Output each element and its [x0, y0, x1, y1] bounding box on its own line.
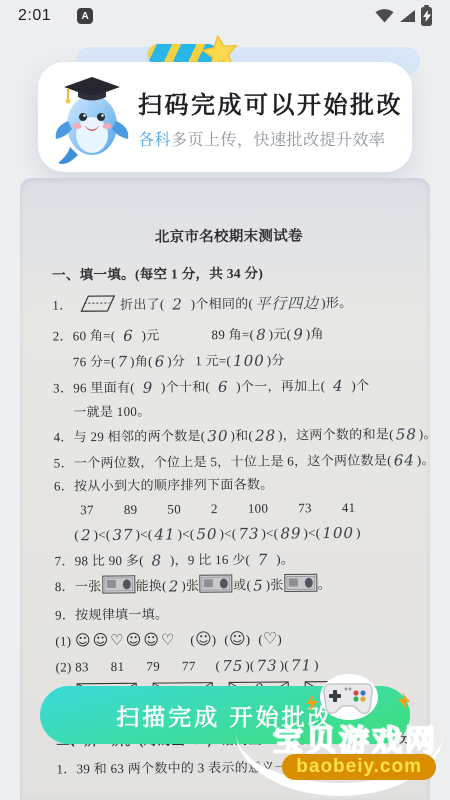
paper-line: 37895021007341: [54, 499, 408, 518]
printed-text: 或(: [233, 578, 251, 593]
printed-text: 77: [182, 658, 196, 673]
handwritten-answer: 6: [115, 327, 141, 345]
printed-text: )个相同的(: [191, 296, 254, 312]
paper-line: 4．与 29 相邻的两个数是(30)和(28)，这两个数的和是(58)。: [53, 424, 407, 446]
printed-text: 89: [124, 501, 138, 516]
printed-text: )元(: [269, 327, 292, 342]
notification-app-icon: A: [77, 8, 93, 24]
status-bar: 2:01 A: [0, 0, 450, 32]
printed-text: )<(: [261, 525, 278, 540]
printed-text: 8．一张: [55, 579, 102, 594]
printed-text: )。: [276, 551, 294, 566]
printed-text: 1．39 和 63 两个数中的 3 表示的意义一样。: [56, 759, 314, 776]
handwritten-answer: 9: [135, 378, 161, 396]
banknote-icon: [102, 582, 136, 597]
printed-text: 50: [167, 501, 181, 516]
wifi-icon: [375, 9, 394, 23]
printed-text: 2: [211, 501, 218, 516]
handwritten-answer: 28: [253, 426, 278, 444]
printed-text: ): [212, 632, 217, 647]
handwritten-answer: 4: [325, 377, 351, 395]
handwritten-answer: 50: [194, 525, 219, 543]
smiley-icon: ☺: [229, 629, 246, 648]
handwritten-answer: 8: [144, 551, 170, 569]
handwritten-answer: 37: [110, 526, 135, 544]
dolphin-mascot: [48, 69, 136, 169]
printed-text: )角(: [130, 354, 153, 369]
printed-text: 76 分=(: [73, 354, 116, 369]
paper-line: 一就是 100。: [53, 401, 407, 420]
printed-text: 折出了(: [116, 297, 164, 312]
app-screen: 2:01 A: [0, 0, 450, 800]
paper-line: 北京市名校期末测试卷: [52, 226, 406, 247]
banner-subtitle: 各科多页上传，快速批改提升效率: [138, 127, 403, 150]
banknote-icon: [284, 580, 318, 595]
handwritten-answer: ×: [369, 757, 387, 775]
handwritten-answer: 71: [289, 656, 314, 674]
printed-text: )个: [351, 377, 369, 392]
handwritten-answer: 8: [254, 326, 269, 344]
paper-line: 1．39 和 63 两个数中的 3 表示的意义一样。( × ): [56, 756, 410, 778]
printed-text: 一、填一填。(每空 1 分，共 34 分): [52, 266, 263, 283]
paper-line: 1． 折出了( 2 )个相同的(平行四边)形。: [52, 290, 406, 319]
printed-text: 3．96 里面有(: [53, 380, 135, 396]
handwritten-answer: 100: [320, 524, 356, 542]
handwritten-answer: 6: [153, 352, 168, 370]
printed-text: ): [277, 631, 282, 646]
heart-icon: ♡: [110, 631, 126, 649]
smiley-icon: ☺: [143, 630, 161, 648]
printed-text: )形。: [321, 295, 352, 310]
paper-line: (2)<(37)<(41)<(50)<(73)<(89)<(100): [54, 522, 408, 544]
printed-text: 能换(: [135, 578, 166, 593]
printed-text: 1．: [52, 297, 72, 312]
smiley-icon: ☺: [195, 629, 212, 648]
printed-text: 81: [111, 659, 125, 674]
printed-text: 37: [80, 502, 94, 517]
printed-text: )，这两个数的和是(: [278, 426, 394, 442]
handwritten-answer: 2: [165, 295, 191, 313]
graduation-cap-icon: [64, 77, 120, 97]
battery-charging-icon: [421, 7, 432, 26]
handwritten-answer: 7: [250, 550, 276, 568]
banner-title: 扫码完成可以开始批改: [138, 85, 403, 120]
printed-text: )分: [167, 353, 185, 368]
printed-text: )和(: [230, 428, 253, 443]
printed-text: 北京市名校期末测试卷: [155, 228, 303, 245]
printed-text: )分: [267, 352, 285, 367]
handwritten-answer: 9: [291, 326, 306, 344]
printed-text: )个十和(: [161, 379, 210, 394]
printed-text: 89 角=(: [211, 327, 254, 342]
printed-text: )<(: [177, 526, 194, 541]
printed-text: ): [314, 657, 319, 672]
printed-text: 1 元=(: [195, 353, 231, 368]
smiley-icon: ☺: [92, 631, 110, 649]
printed-text: )个一，再加上(: [236, 378, 325, 394]
cellular-signal-icon: [400, 10, 415, 22]
paper-line: (2) 83817977(75)(73)(71): [55, 654, 409, 676]
printed-text: 7．98 比 90 多(: [55, 552, 144, 568]
paper-line: 9．按规律填一填。: [55, 604, 409, 623]
printed-text: )张: [266, 577, 284, 592]
parallelogram-icon: [72, 302, 116, 317]
printed-text: )张: [181, 578, 199, 593]
handwritten-answer: 5: [251, 577, 266, 595]
printed-text: 一就是 100。: [73, 403, 150, 419]
paper-line: 7．98 比 90 多( 8 )，9 比 16 少( 7 )。: [55, 548, 409, 570]
handwritten-answer: 6: [210, 378, 236, 396]
banner-text-block: 扫码完成可以开始批改 各科多页上传，快速批改提升效率: [136, 85, 403, 150]
handwritten-answer: 64: [392, 451, 417, 469]
printed-text: )。: [419, 426, 437, 441]
printed-text: 9．按规律填一填。: [55, 606, 168, 622]
mascot-tail: [58, 147, 78, 164]
finish-scan-start-grading-button[interactable]: 扫描完成 开始批改: [40, 686, 410, 744]
paper-line: (1) ☺☺♡☺☺♡(☺)(☺)(♡): [55, 627, 409, 650]
paper-line: 76 分=(7)角(6)分1 元=(100)分: [53, 349, 407, 371]
printed-text: )，9 比 16 少(: [170, 551, 250, 567]
smiley-icon: ☺: [126, 630, 144, 648]
printed-text: )。: [417, 452, 435, 467]
handwritten-answer: 75: [220, 657, 245, 675]
printed-text: 100: [248, 500, 269, 515]
printed-text: )<(: [135, 526, 152, 541]
printed-text: 。: [318, 577, 331, 592]
printed-text: (1): [55, 633, 75, 648]
printed-text: )<(: [94, 527, 111, 542]
printed-text: ): [356, 525, 361, 540]
printed-text: 73: [298, 500, 312, 515]
banner-subtitle-highlight: 各科: [138, 132, 171, 149]
banner-subtitle-rest: 多页上传，快速批改提升效率: [171, 132, 386, 149]
printed-text: )<(: [219, 526, 236, 541]
heart-icon: ♡: [161, 630, 177, 648]
printed-text: ): [246, 632, 251, 647]
paper-line: 3．96 里面有( 9 )个十和( 6 )个一，再加上( 4 )个: [53, 375, 407, 397]
printed-text: )<(: [303, 525, 320, 540]
paper-line: 8．一张能换(2)张或(5)张。: [55, 574, 409, 600]
printed-text: )元: [141, 328, 159, 343]
handwritten-answer: 89: [278, 524, 303, 542]
printed-text: ): [386, 758, 394, 773]
printed-text: )(: [245, 657, 254, 672]
handwritten-answer: 100: [231, 352, 267, 370]
printed-text: (2) 83: [55, 659, 88, 674]
printed-text: 41: [342, 499, 356, 514]
banknote-icon: [199, 581, 233, 596]
paper-line: 2．60 角=( 6 )元89 角=(8)元(9)角: [53, 324, 407, 346]
heart-icon: ♡: [263, 628, 278, 647]
handwritten-answer: 73: [236, 524, 261, 542]
paper-line: 一、填一填。(每空 1 分，共 34 分): [52, 265, 406, 285]
printed-text: 6．按从小到大的顺序排列下面各数。: [54, 477, 274, 494]
handwritten-answer: 2: [167, 577, 182, 595]
printed-text: 79: [146, 658, 160, 673]
status-icons: [375, 7, 432, 26]
promo-banner-card[interactable]: 扫码完成可以开始批改 各科多页上传，快速批改提升效率: [38, 62, 412, 172]
handwritten-answer: 73: [255, 656, 280, 674]
handwritten-answer: 2: [79, 526, 94, 544]
printed-text: 2．60 角=(: [53, 328, 116, 344]
printed-text: 5．一个两位数，个位上是 5，十位上是 6，这个两位数是(: [54, 452, 392, 470]
paper-line: 5．一个两位数，个位上是 5，十位上是 6，这个两位数是(64)。: [54, 450, 408, 472]
handwritten-answer: 平行四边: [253, 294, 321, 313]
handwritten-answer: 41: [152, 525, 177, 543]
handwritten-answer: 30: [205, 427, 230, 445]
printed-text: )角: [306, 326, 324, 341]
smiley-icon: ☺: [75, 631, 93, 649]
printed-text: 4．与 29 相邻的两个数是(: [53, 428, 205, 444]
handwritten-answer: 58: [394, 425, 419, 443]
paper-line: 6．按从小到大的顺序排列下面各数。: [54, 476, 408, 495]
handwritten-answer: 7: [116, 353, 131, 371]
clock: 2:01: [18, 7, 51, 25]
